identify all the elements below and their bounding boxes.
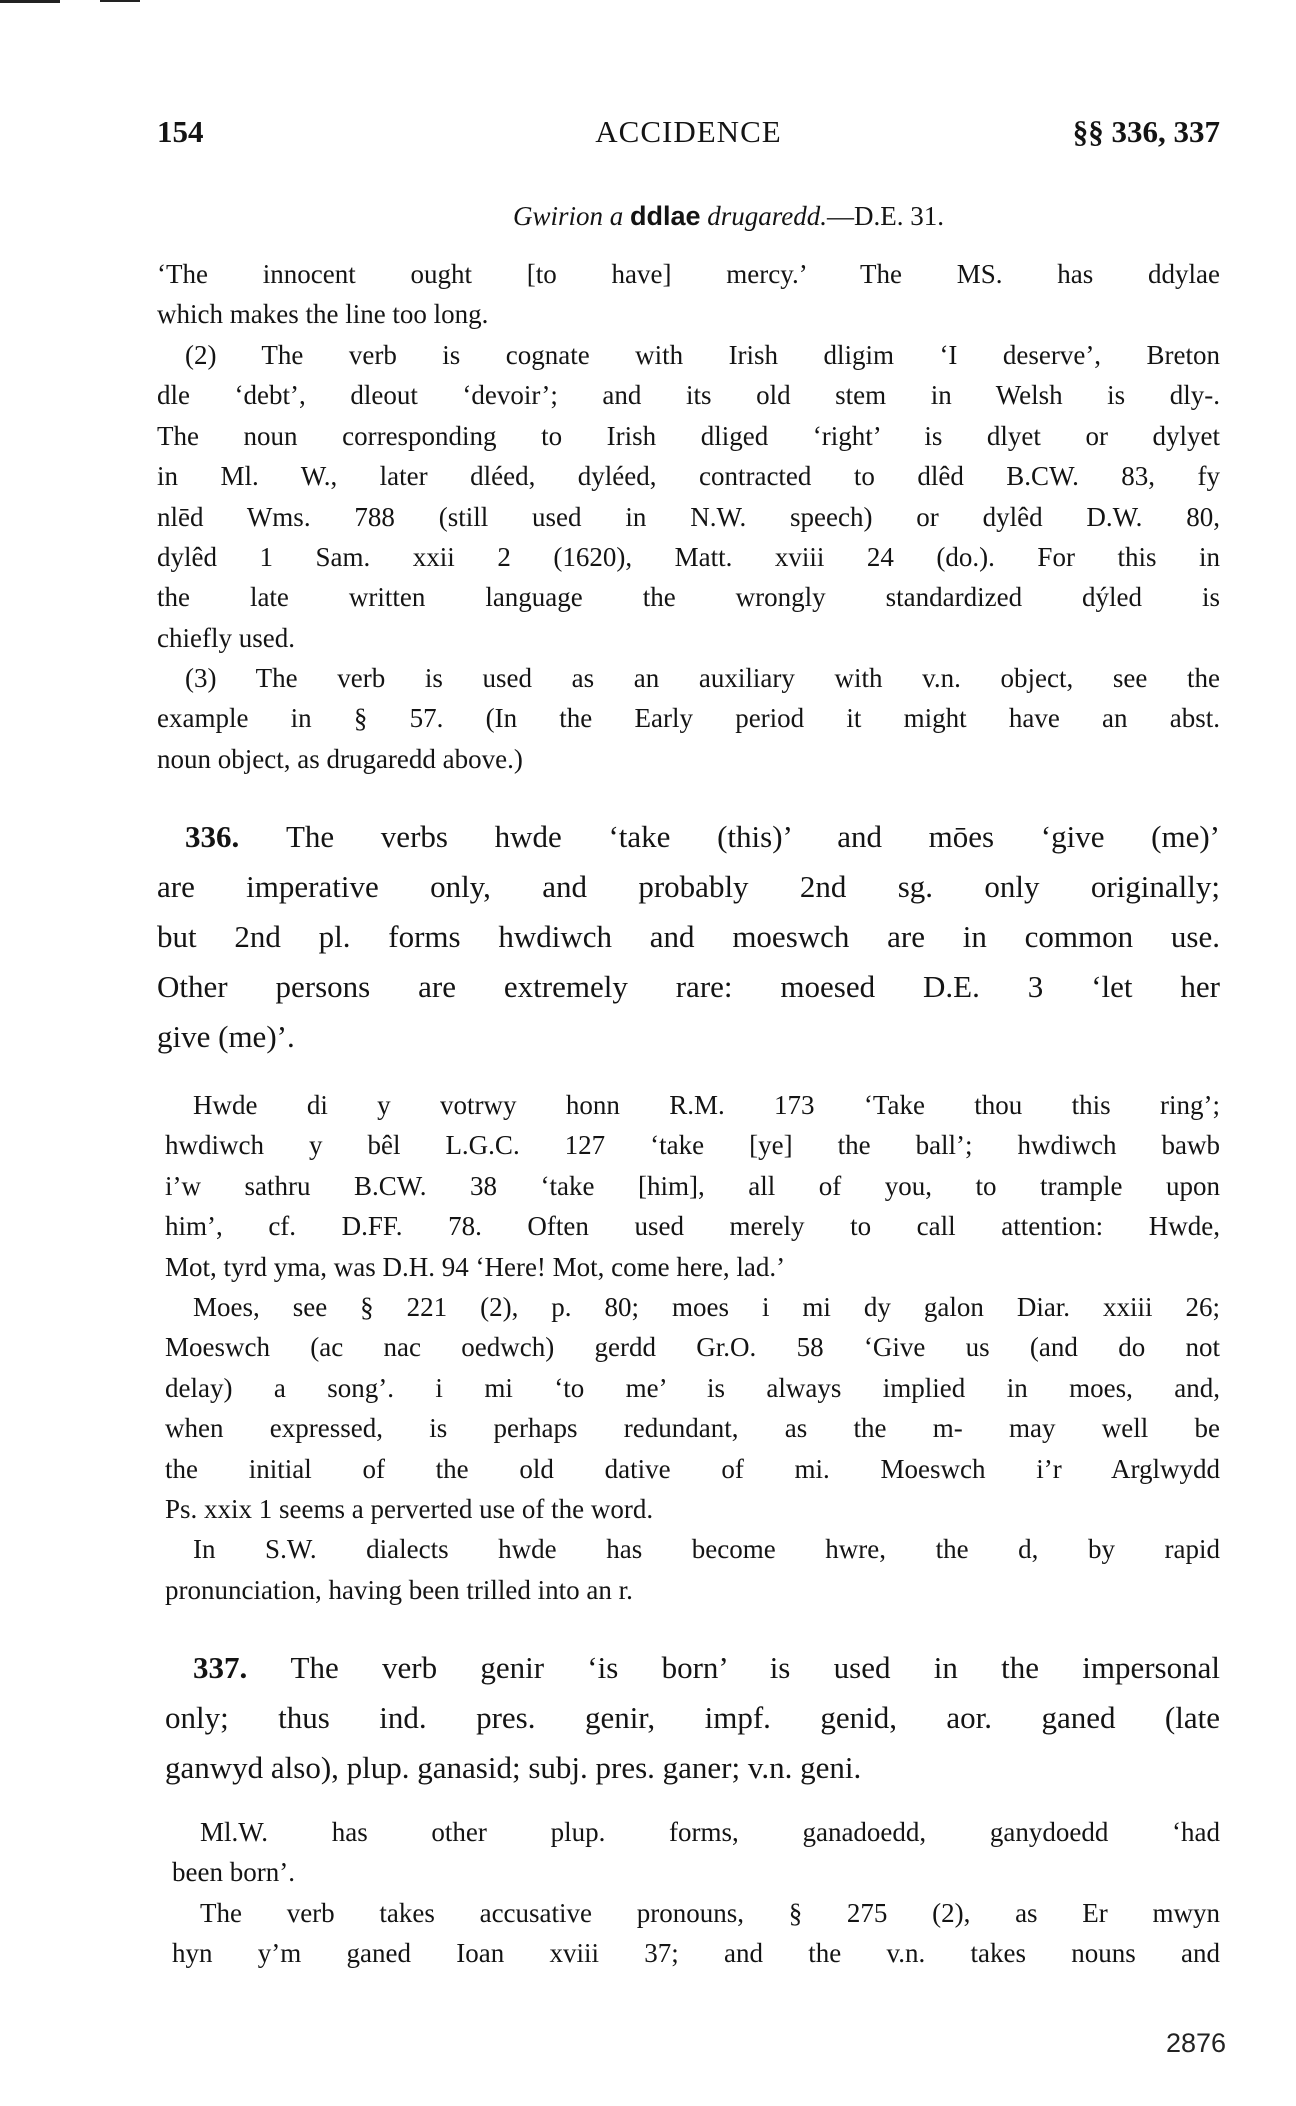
running-header: 154 ACCIDENCE §§ 336, 337 (157, 112, 1220, 152)
text-line: Hwde di y votrwy honn R.M. 173 ‘Take tho… (165, 1085, 1220, 1125)
text-line: i’w sathru B.CW. 38 ‘take [him], all of … (165, 1166, 1220, 1206)
quote-text-post: drugaredd. (707, 201, 827, 231)
text-line: only; thus ind. pres. genir, impf. genid… (165, 1693, 1220, 1743)
note-paragraph-1: ‘The innocent ought [to have] mercy.’ Th… (157, 254, 1220, 335)
text-line: In S.W. dialects hwde has become hwre, t… (165, 1529, 1220, 1569)
text-line: are imperative only, and probably 2nd sg… (157, 862, 1220, 912)
text-line: when expressed, is perhaps redundant, as… (165, 1408, 1220, 1448)
text-line: Mot, tyrd yma, was D.H. 94 ‘Here! Mot, c… (165, 1247, 1220, 1287)
book-page: 154 ACCIDENCE §§ 336, 337 Gwirion a ddla… (0, 0, 1296, 2106)
text-line: give (me)’. (157, 1012, 1220, 1062)
text-line: The verbs hwde ‘take (this)’ and mōes ‘g… (286, 819, 1220, 854)
text-line: the late written language the wrongly st… (157, 577, 1220, 617)
text-line: (2) The verb is cognate with Irish dligi… (157, 335, 1220, 375)
note-paragraph-2: (2) The verb is cognate with Irish dligi… (157, 335, 1220, 658)
text-line: but 2nd pl. forms hwdiwch and moeswch ar… (157, 912, 1220, 962)
section-range: §§ 336, 337 (1073, 112, 1220, 152)
page-title: ACCIDENCE (157, 112, 1220, 152)
section-first-line: 336. The verbs hwde ‘take (this)’ and mō… (157, 812, 1220, 862)
text-line: been born’. (172, 1852, 1220, 1892)
text-line: Ps. xxix 1 seems a perverted use of the … (165, 1489, 1220, 1529)
text-line: in Ml. W., later dléed, dyléed, contract… (157, 456, 1220, 496)
text-line: dle ‘debt’, dleout ‘devoir’; and its old… (157, 375, 1220, 415)
text-line: ‘The innocent ought [to have] mercy.’ Th… (157, 254, 1220, 294)
text-line: pronunciation, having been trilled into … (165, 1570, 1220, 1610)
text-line: hwdiwch y bêl L.G.C. 127 ‘take [ye] the … (165, 1125, 1220, 1165)
verse-quote: Gwirion a ddlae drugaredd.—D.E. 31. (157, 196, 1220, 236)
text-line: The noun corresponding to Irish dliged ‘… (157, 416, 1220, 456)
text-line: him’, cf. D.FF. 78. Often used merely to… (165, 1206, 1220, 1246)
text-line: noun object, as drugaredd above.) (157, 739, 1220, 779)
quote-reference: —D.E. 31. (827, 201, 944, 231)
text-line: Moes, see § 221 (2), p. 80; moes i mi dy… (165, 1287, 1220, 1327)
section-336: 336. The verbs hwde ‘take (this)’ and mō… (157, 812, 1220, 1062)
section-337: 337. The verb genir ‘is born’ is used in… (165, 1643, 1220, 1793)
text-line: The verb takes accusative pronouns, § 27… (172, 1893, 1220, 1933)
text-line: which makes the line too long. (157, 294, 1220, 334)
section-number: 336. (185, 819, 239, 854)
text-line: Other persons are extremely rare: moesed… (157, 962, 1220, 1012)
section-336-examples: Hwde di y votrwy honn R.M. 173 ‘Take tho… (165, 1085, 1220, 1610)
text-line: Ml.W. has other plup. forms, ganadoedd, … (172, 1812, 1220, 1852)
text-line: The verb genir ‘is born’ is used in the … (291, 1650, 1220, 1685)
quote-text-bold: ddlae (630, 201, 701, 231)
text-line: hyn y’m ganed Ioan xviii 37; and the v.n… (172, 1933, 1220, 1973)
scan-number: 2876 (1166, 2028, 1226, 2059)
text-line: ganwyd also), plup. ganasid; subj. pres.… (165, 1743, 1220, 1793)
text-line: example in § 57. (In the Early period it… (157, 698, 1220, 738)
text-line: Moeswch (ac nac oedwch) gerdd Gr.O. 58 ‘… (165, 1327, 1220, 1367)
scan-artifact (0, 0, 60, 3)
text-line: the initial of the old dative of mi. Moe… (165, 1449, 1220, 1489)
section-number: 337. (193, 1650, 247, 1685)
text-line: (3) The verb is used as an auxiliary wit… (157, 658, 1220, 698)
text-line: chiefly used. (157, 618, 1220, 658)
note-paragraph-3: (3) The verb is used as an auxiliary wit… (157, 658, 1220, 779)
section-337-notes: Ml.W. has other plup. forms, ganadoedd, … (172, 1812, 1220, 1974)
scan-artifact (100, 0, 140, 2)
text-line: dylêd 1 Sam. xxii 2 (1620), Matt. xviii … (157, 537, 1220, 577)
text-line: nlēd Wms. 788 (still used in N.W. speech… (157, 497, 1220, 537)
text-line: delay) a song’. i mi ‘to me’ is always i… (165, 1368, 1220, 1408)
section-first-line: 337. The verb genir ‘is born’ is used in… (165, 1643, 1220, 1693)
quote-text-pre: Gwirion a (513, 201, 623, 231)
